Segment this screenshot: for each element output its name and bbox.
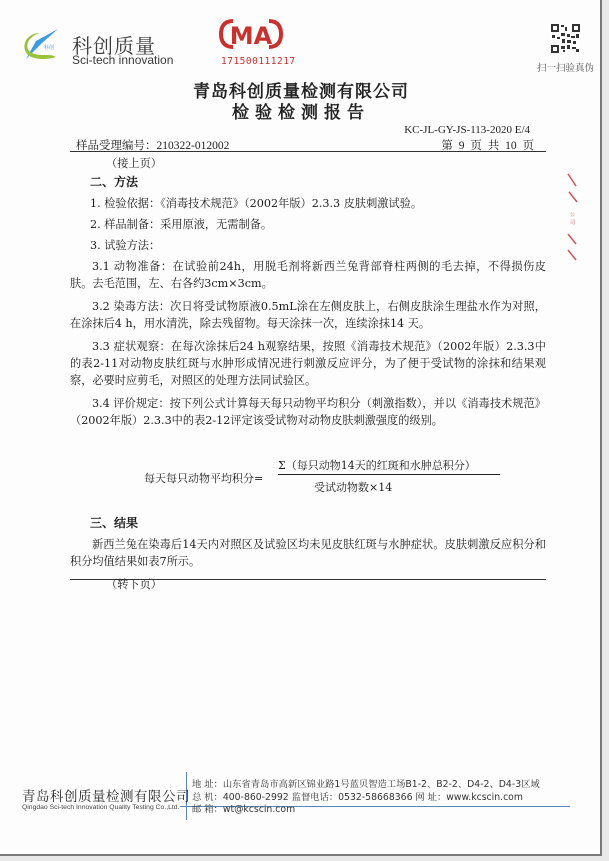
cma-number: 171500111217 (221, 56, 296, 67)
method-item: 1. 检验依据：《消毒技术规范》（2002年版）2.3.3 皮肤刺激试验。 (70, 195, 546, 212)
footer-company-name-en: Qingdao Sci-tech Innovation Quality Test… (22, 804, 179, 811)
company-seal-fragment-icon: 公 司 (566, 172, 580, 262)
logo-name-en: Sci-tech innovation (72, 53, 173, 67)
report-page: 科创 科创质量 Sci-tech innovation MA 171500111… (0, 0, 602, 856)
document-code: KC-JL-GY-JS-113-2020 E/4 (404, 124, 530, 136)
body-bottom-divider (70, 579, 546, 580)
company-logo-icon: 科创 (22, 27, 60, 61)
footer-address: 地 址：山东省青岛市高新区锦业路1号蓝贝智造工场B1-2、B2-2、D4-2、D… (192, 779, 540, 792)
method-paragraph: 3.4 评价规定：按下列公式计算每天每只动物平均积分（刺激指数），并以《消毒技术… (70, 395, 546, 429)
report-title: 检验检测报告 (0, 98, 602, 123)
svg-text:MA: MA (230, 22, 273, 50)
footer-phone-website: 总 机：400-860-2992 监督电话：0532-58668366 网 址：… (192, 792, 540, 805)
method-paragraph: 3.1 动物准备：在试验前24h，用脱毛剂将新西兰兔背部脊柱两侧的毛去掉，不得损… (70, 258, 546, 292)
irritation-index-formula: 每天每只动物平均积分= Σ（每只动物14天的红斑和水肿总积分） 受试动物数×14 (70, 455, 546, 505)
header-divider (70, 151, 546, 152)
footer-contact-info: 地 址：山东省青岛市高新区锦业路1号蓝贝智造工场B1-2、B2-2、D4-2、D… (192, 779, 540, 817)
svg-text:公: 公 (570, 212, 575, 218)
result-paragraph: 新西兰兔在染毒后14天内对照区及试验区均未见皮肤红斑与水肿症状。皮肤刺激反应积分… (70, 536, 546, 570)
section-heading-results: 三、结果 (70, 515, 546, 532)
footer-company-name: 青岛科创质量检测有限公司 (22, 785, 190, 805)
report-body: （接上页） 二、方法 1. 检验依据：《消毒技术规范》（2002年版）2.3.3… (70, 155, 546, 595)
method-item: 3. 试验方法： (70, 237, 546, 254)
formula-left-side: 每天每只动物平均积分= (144, 470, 263, 487)
method-item: 2. 样品制备：采用原液，无需制备。 (70, 216, 546, 233)
formula-numerator: Σ（每只动物14天的红斑和水肿总积分） (278, 457, 476, 474)
method-paragraph: 3.3 症状观察：在每次涂抹后24 h观察结果，按照《消毒技术规范》（2002年… (70, 338, 546, 389)
cma-certification-icon: MA (219, 18, 283, 50)
formula-denominator: 受试动物数×14 (314, 479, 392, 496)
qr-code-icon[interactable] (551, 24, 580, 53)
footer-email: 邮 箱：wt@kcscin.com (192, 804, 540, 817)
formula-fraction-bar (278, 474, 500, 475)
qr-verify-label: 扫一扫验真伪 (537, 60, 594, 74)
section-heading-methods: 二、方法 (70, 174, 546, 191)
method-paragraph: 3.2 染毒方法：次日将受试物原液0.5mL涂在左侧皮肤上，右侧皮肤涂生理盐水作… (70, 298, 546, 332)
svg-text:司: 司 (570, 219, 575, 226)
continued-from-label: （接上页） (70, 155, 546, 172)
logo-mark-text: 科创 (44, 44, 54, 51)
